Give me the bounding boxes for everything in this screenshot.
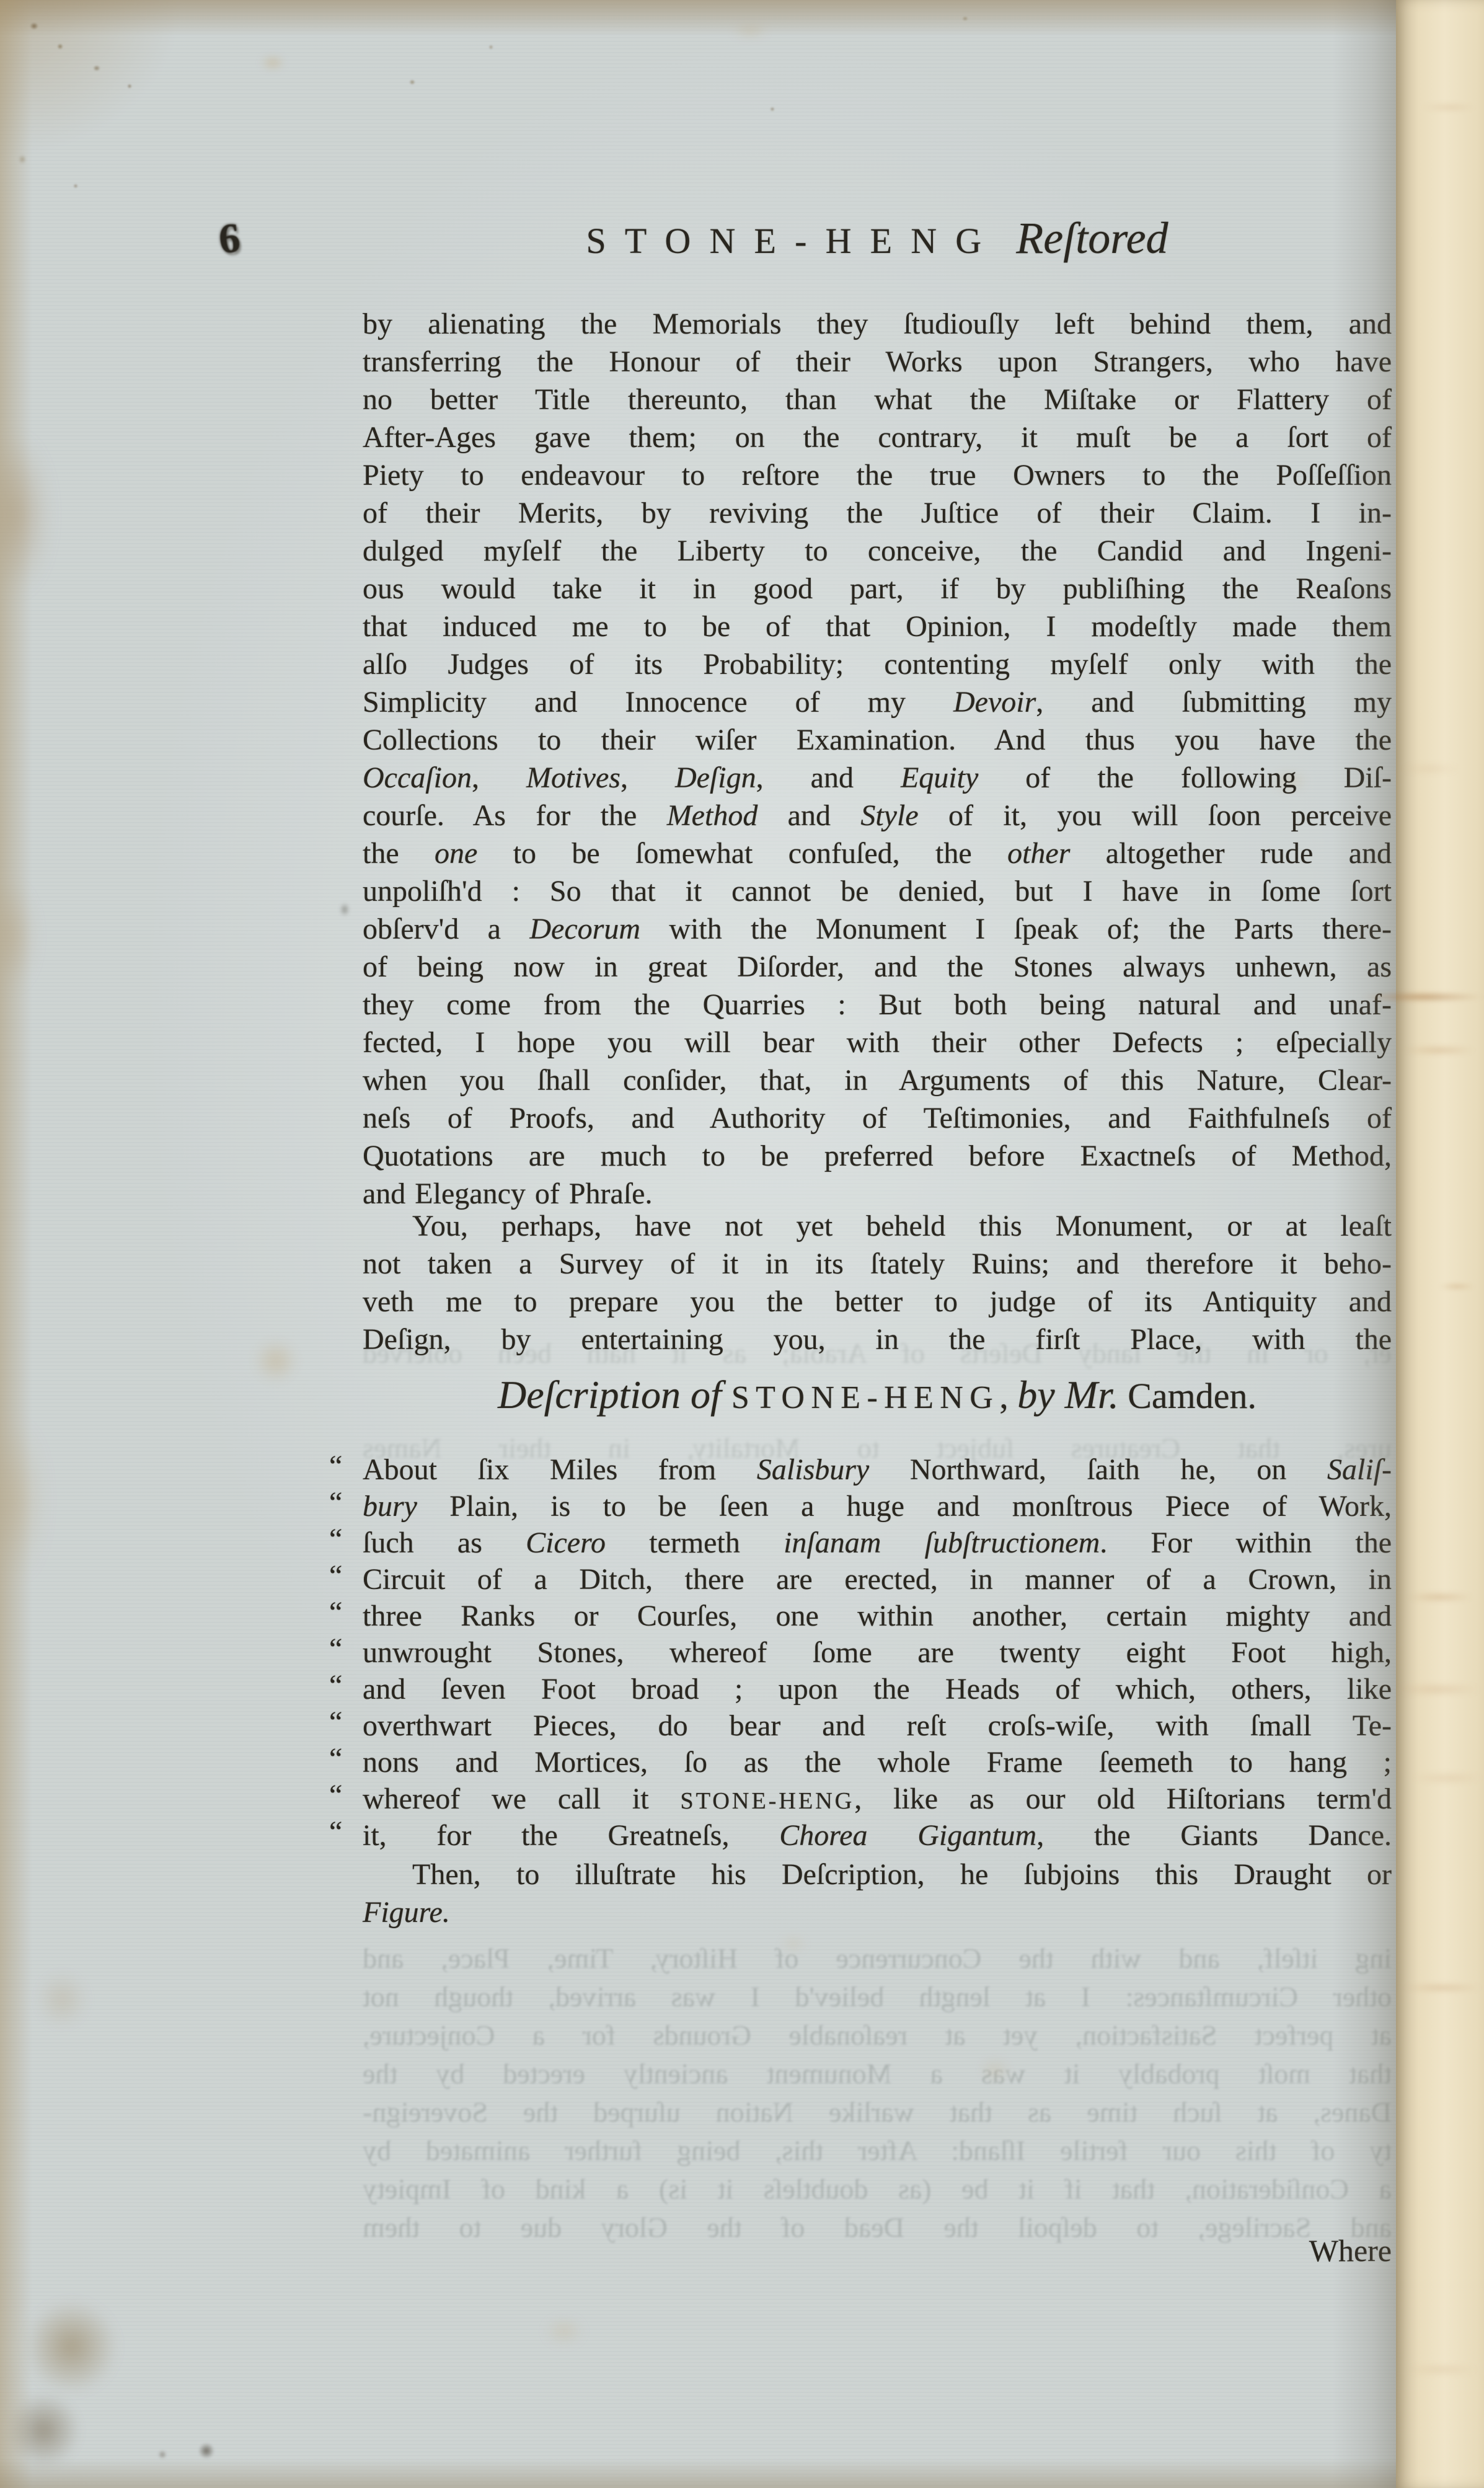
text-segment: ous would take it in good part, if by pu… [363,572,1392,605]
foxing-speck [962,16,968,21]
bleed-through-line: that moſt probably it was a Monument anc… [363,2055,1392,2092]
text-line: the one to be ſomewhat confuſed, the oth… [363,834,1392,872]
text-segment: bury [363,1490,417,1523]
paper-stain [0,434,50,595]
facing-page-edge [1396,0,1484,2488]
text-segment: Stone-Heng [731,1380,999,1415]
bleed-through-line: at perfect Satisfaction, yet at reaſonab… [363,2016,1392,2054]
text-segment: by Mr. [1017,1373,1119,1417]
text-line: that induced me to be of that Opinion, I… [363,608,1392,645]
text-segment: Cicero [526,1526,606,1559]
text-segment: , [621,761,675,794]
text-segment: Method [667,799,758,832]
paper-stain [0,1420,43,1581]
text-segment: and [757,799,860,832]
text-segment: with the Monument I ſpeak of; the Parts … [640,913,1392,945]
text-segment: by alienating the Memorials they ſtudiou… [363,308,1392,340]
quote-line: “unwrought Stones, whereof ſome are twen… [363,1634,1392,1671]
text-segment: when you ſhall conſider, that, in Argume… [363,1064,1392,1097]
foxing-speck [158,2450,167,2459]
text-segment: Style [860,799,918,832]
text-line: ous would take it in good part, if by pu… [363,570,1392,608]
quote-line: “Circuit of a Ditch, there are erected, … [363,1561,1392,1598]
text-segment: After-Ages gave them; on the contrary, i… [363,421,1392,454]
page-number: 6 [183,206,275,270]
text-segment: unwrought Stones, whereof ſome are twent… [363,1636,1392,1669]
text-segment: of their Merits, by reviving the Juſtice… [363,497,1392,529]
text-segment: Collections to their wiſer Examination. … [363,724,1392,756]
text-segment: no better Title thereunto, than what the… [363,383,1392,416]
quote-line: “three Ranks or Courſes, one within anot… [363,1597,1392,1635]
text-segment: Simplicity and Innocence of my [363,686,953,719]
text-segment: unpoliſh'd : So that it cannot be denied… [363,875,1392,908]
text-line: courſe. As for the Method and Style of i… [363,797,1392,834]
text-segment: a Conſideration, that if it be (as doubt… [363,2173,1392,2205]
text-segment: ty of this our fertile Iſland: After thi… [363,2135,1392,2166]
text-line: Figure. [363,1893,1392,1931]
text-line: neſs of Proofs, and Authority of Teſtimo… [363,1099,1392,1137]
text-line: transferring the Honour of their Works u… [363,343,1392,381]
text-segment: , and [756,761,901,794]
text-segment: Camden. [1119,1376,1257,1416]
bleed-through-line: ing itſelf, and with the Concurrence of … [363,1939,1392,1977]
text-segment: and Elegancy of Phraſe. [363,1177,652,1210]
quote-mark: “ [329,1447,342,1485]
text-segment: the [363,837,435,870]
text-segment: , [472,761,526,794]
text-segment: Figure. [363,1896,450,1929]
text-segment: nons and Mortices, ſo as the whole Frame… [363,1746,1392,1779]
text-segment: Motives [526,761,621,794]
page-bottom-edge-shading [0,2458,1484,2488]
bleed-through-line: a Conſideration, that if it be (as doubt… [363,2170,1392,2208]
text-segment: , and ſubmitting my [1036,686,1392,719]
paper-stain [25,2300,118,2393]
text-segment: ſuch as [363,1526,526,1559]
text-line: fected, I hope you will bear with their … [363,1024,1392,1061]
text-segment: whereof we call it [363,1782,680,1815]
text-segment: Piety to endeavour to reſtore the true O… [363,459,1392,492]
text-segment: Deſign, by entertaining you, in the firſ… [363,1323,1392,1356]
text-segment: fected, I hope you will bear with their … [363,1026,1392,1059]
text-segment: one [435,837,477,870]
text-segment: Saliſ- [1327,1453,1392,1486]
quote-mark: “ [329,1593,342,1631]
paper-stain [731,25,769,37]
quote-line: “it, for the Greatneſs, Chorea Gigantum,… [363,1817,1392,1854]
text-line: they come from the Quarries : But both b… [363,986,1392,1024]
quote-mark: “ [329,1484,342,1521]
text-segment: , [999,1376,1017,1416]
quote-mark: “ [329,1520,342,1558]
text-segment: Danes, at ſuch time as that warlike Nati… [363,2096,1392,2128]
text-segment: it, for the Greatneſs, [363,1819,779,1852]
text-line: no better Title thereunto, than what the… [363,381,1392,418]
text-segment: Equity [901,761,978,794]
foxing-speck [340,903,350,916]
foxing-speck [198,2443,214,2459]
text-segment: Decorum [529,913,640,945]
quote-line: “and ſeven Foot broad ; upon the Heads o… [363,1670,1392,1708]
text-segment: inſanam ſubſtructionem [784,1526,1100,1559]
text-segment: of it, you will ſoon perceive [919,799,1392,832]
text-line: Collections to their wiſer Examination. … [363,721,1392,759]
text-segment: that moſt probably it was a Monument anc… [363,2058,1392,2089]
foxing-speck [127,84,132,89]
quote-mark: “ [329,1776,342,1814]
text-segment: and ſeven Foot broad ; upon the Heads of… [363,1673,1392,1706]
text-segment: that induced me to be of that Opinion, I… [363,610,1392,643]
text-segment: Salisbury [757,1453,869,1486]
text-segment: Circuit of a Ditch, there are erected, i… [363,1563,1392,1596]
foxing-speck [57,43,63,50]
foxing-speck [409,79,415,85]
paper-stain [260,55,285,71]
quote-mark: “ [329,1667,342,1704]
text-line: Quotations are much to be preferred befo… [363,1137,1392,1175]
text-line: Then, to illuſtrate his Deſcription, he … [363,1856,1392,1893]
text-segment: other [1007,837,1070,870]
text-line: Occaſion, Motives, Deſign, and Equity of… [363,759,1392,797]
text-line: by alienating the Memorials they ſtudiou… [363,305,1392,343]
text-line: Deſign, by entertaining you, in the firſ… [363,1321,1392,1358]
quote-mark: “ [329,1703,342,1741]
foxing-speck [73,184,78,188]
text-segment: You, perhaps, have not yet beheld this M… [412,1210,1392,1242]
book-page: er, or in the ſandy Deſerts of Arabia; a… [0,0,1484,2488]
running-header-title: Stone-Heng [586,221,1000,261]
foxing-speck [19,155,26,164]
text-line: You, perhaps, have not yet beheld this M… [363,1207,1392,1245]
paper-stain [545,2319,583,2344]
bleed-through-line: other Circumſtances: I at length believ'… [363,1978,1392,2016]
quote-mark: “ [329,1740,342,1777]
text-segment: termeth [606,1526,784,1559]
bleed-through-line: ty of this our fertile Iſland: After thi… [363,2132,1392,2169]
text-segment: Deſign [675,761,756,794]
quote-line: “nons and Mortices, ſo as the whole Fram… [363,1743,1392,1781]
paper-stain [0,880,37,992]
text-segment: not taken a Survey of it in its ſtately … [363,1247,1392,1280]
text-segment: overthwart Pieces, do bear and reſt croſ… [363,1709,1392,1742]
quote-mark: “ [329,1557,342,1595]
text-segment: , like as our old Hiſtorians term'd [854,1782,1392,1815]
quote-line: “ſuch as Cicero termeth inſanam ſubſtruc… [363,1524,1392,1562]
text-segment: obſerv'd a [363,913,529,945]
quote-line: “overthwart Pieces, do bear and reſt cro… [363,1707,1392,1745]
text-line: of their Merits, by reviving the Juſtice… [363,494,1392,532]
text-segment: . For within the [1100,1526,1392,1559]
text-segment: Plain, is to be ſeen a huge and monſtrou… [417,1490,1392,1523]
catchword: Where [363,2232,1392,2269]
foxing-speck [770,107,775,112]
text-line: unpoliſh'd : So that it cannot be denied… [363,872,1392,910]
text-segment: other Circumſtances: I at length believ'… [363,1981,1392,2012]
text-line: not taken a Survey of it in its ſtately … [363,1245,1392,1283]
text-line: alſo Judges of its Probability; contenti… [363,645,1392,683]
quote-mark: “ [329,1630,342,1668]
text-segment: Then, to illuſtrate his Deſcription, he … [412,1858,1392,1891]
text-segment: veth me to prepare you the better to jud… [363,1285,1392,1318]
text-segment: altogether rude and [1070,837,1392,870]
quote-line: “About ſix Miles from Salisbury Northwar… [363,1451,1392,1489]
text-segment: courſe. As for the [363,799,667,832]
text-segment: Stone-Heng [680,1788,854,1814]
text-line: veth me to prepare you the better to jud… [363,1283,1392,1321]
text-segment: they come from the Quarries : But both b… [363,988,1392,1021]
foxing-speck [30,22,38,30]
section-heading: Deſcription of Stone-Heng, by Mr. Camden… [363,1365,1392,1425]
text-line: Piety to endeavour to reſtore the true O… [363,456,1392,494]
text-segment: Devoir [953,686,1036,719]
text-line: obſerv'd a Decorum with the Monument I ſ… [363,910,1392,948]
text-segment: Northward, ſaith he, on [869,1453,1327,1486]
text-segment: dulged myſelf the Liberty to conceive, t… [363,534,1392,567]
text-line: of being now in great Diſorder, and the … [363,948,1392,986]
text-segment: neſs of Proofs, and Authority of Teſtimo… [363,1102,1392,1135]
text-segment: alſo Judges of its Probability; contenti… [363,648,1392,681]
paper-stain [37,1972,87,2027]
quote-line: “bury Plain, is to be ſeen a huge and mo… [363,1487,1392,1525]
bleed-through-line: Danes, at ſuch time as that warlike Nati… [363,2093,1392,2131]
text-line: when you ſhall conſider, that, in Argume… [363,1061,1392,1099]
text-segment: , the Giants Dance. [1036,1819,1392,1852]
text-segment: transferring the Honour of their Works u… [363,345,1392,378]
running-header-subtitle: Reſtored [1016,213,1168,263]
paper-stain [6,2393,81,2468]
quote-mark: “ [329,1813,342,1851]
page-top-edge-shading [0,0,1484,36]
text-line: Simplicity and Innocence of my Devoir, a… [363,683,1392,721]
text-segment: of being now in great Diſorder, and the … [363,950,1392,983]
text-segment: three Ranks or Courſes, one within anoth… [363,1600,1392,1632]
foxing-speck [488,45,493,50]
text-segment: to be ſomewhat confuſed, the [477,837,1007,870]
running-header: Stone-HengReſtored [363,210,1392,267]
text-segment: ing itſelf, and with the Concurrence of … [363,1942,1392,1974]
text-segment: Deſcription of [498,1373,731,1417]
paper-stain [254,1339,298,1383]
text-segment: Quotations are much to be preferred befo… [363,1140,1392,1172]
text-segment: About ſix Miles from [363,1453,757,1486]
text-segment: Occaſion [363,761,472,794]
text-line: dulged myſelf the Liberty to conceive, t… [363,532,1392,570]
text-line: After-Ages gave them; on the contrary, i… [363,418,1392,456]
text-segment: at perfect Satisfaction, yet at reaſonab… [363,2019,1392,2051]
foxing-speck [93,65,100,71]
text-segment: Chorea Gigantum [779,1819,1036,1852]
text-segment: of the following Diſ- [978,761,1392,794]
quote-line: “whereof we call it Stone-Heng, like as … [363,1780,1392,1818]
page-left-edge-shading [0,0,32,2488]
